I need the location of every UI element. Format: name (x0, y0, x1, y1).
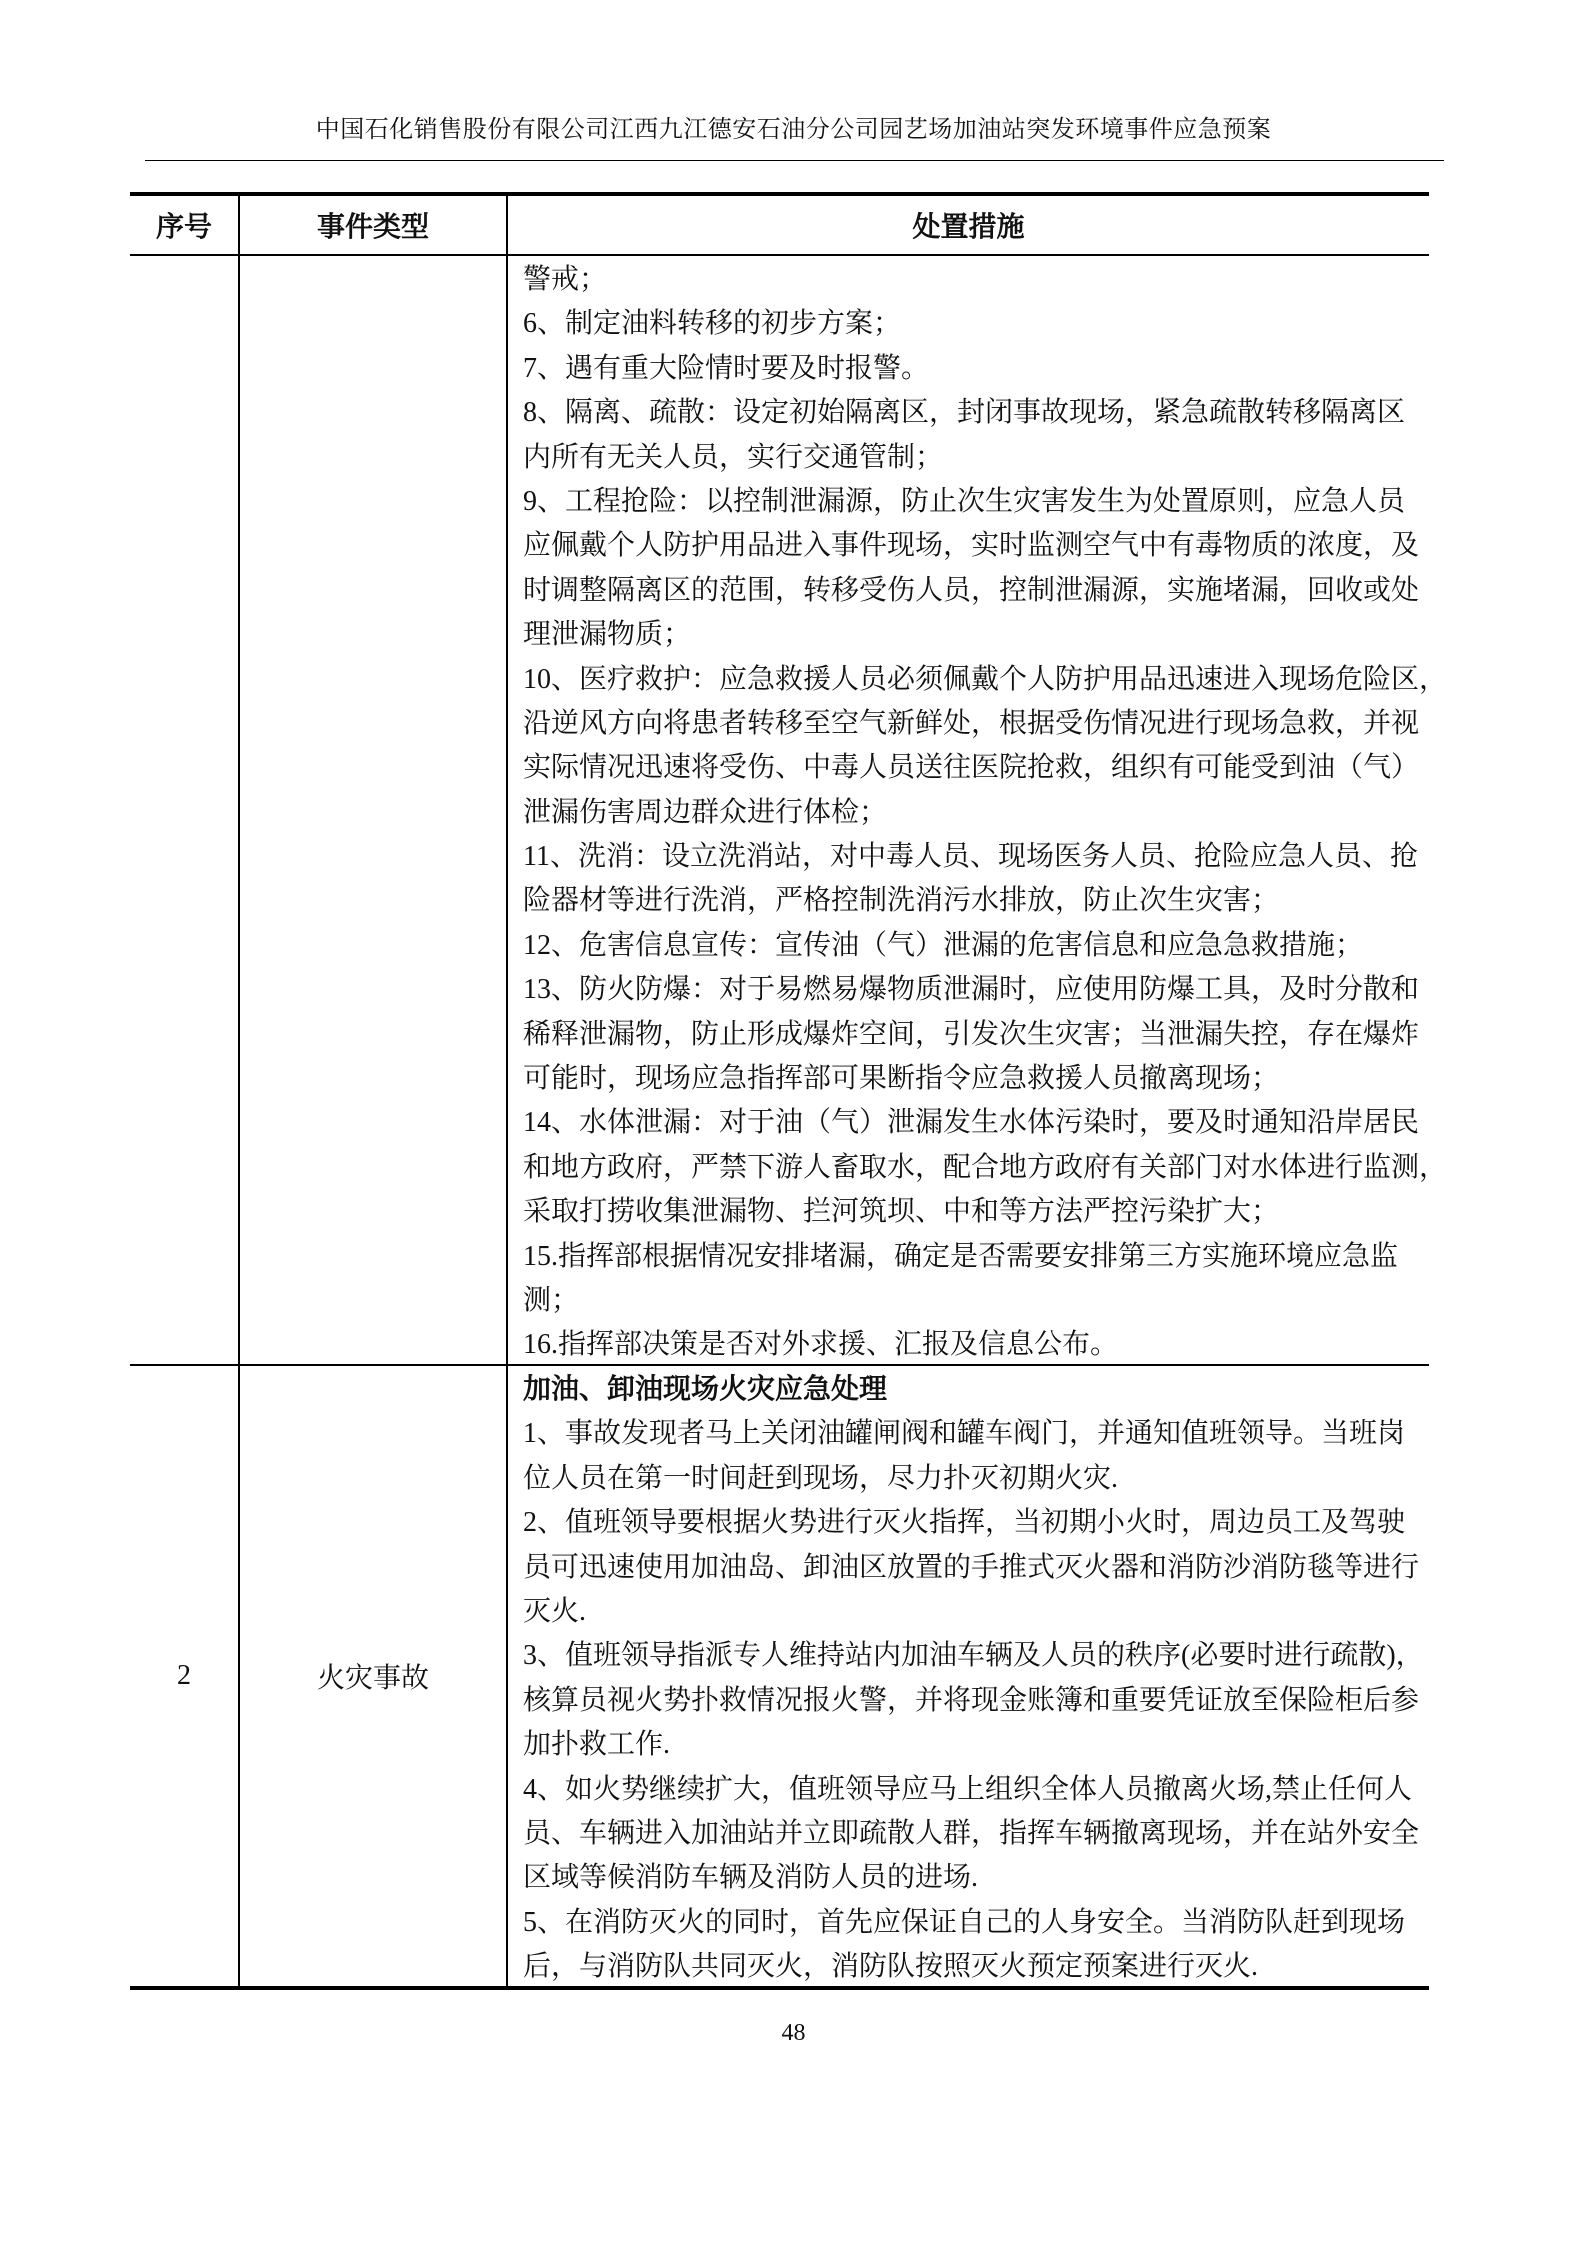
measure-line: 理泄漏物质； (523, 613, 1423, 657)
event-type-cell: 火灾事故 (240, 1366, 508, 1986)
measure-line: 核算员视火势扑救情况报火警，并将现金账簿和重要凭证放至保险柜后参 (523, 1679, 1423, 1723)
emergency-measures-table: 序号 事件类型 处置措施 警戒；6、制定油料转移的初步方案；7、遇有重大险情时要… (130, 192, 1429, 1990)
measure-line: 警戒； (523, 258, 1423, 302)
column-header-index: 序号 (130, 196, 240, 254)
measure-line: 加扑救工作. (523, 1723, 1423, 1767)
measure-line: 泄漏伤害周边群众进行体检； (523, 791, 1423, 835)
measure-line: 5、在消防灭火的同时，首先应保证自己的人身安全。当消防队赶到现场 (523, 1901, 1423, 1945)
measure-line: 位人员在第一时间赶到现场，尽力扑灭初期火灾. (523, 1457, 1423, 1501)
measure-line: 4、如火势继续扩大，值班领导应马上组织全体人员撤离火场,禁止任何人 (523, 1768, 1423, 1812)
row-index-cell: 2 (130, 1366, 240, 1986)
row-index-cell (130, 256, 240, 1364)
measure-line: 8、隔离、疏散：设定初始隔离区，封闭事故现场，紧急疏散转移隔离区 (523, 391, 1423, 435)
measure-line: 沿逆风方向将患者转移至空气新鲜处，根据受伤情况进行现场急救，并视 (523, 702, 1423, 746)
measure-line: 14、水体泄漏：对于油（气）泄漏发生水体污染时，要及时通知沿岸居民 (523, 1101, 1423, 1145)
measure-line: 时调整隔离区的范围，转移受伤人员，控制泄漏源，实施堵漏，回收或处 (523, 569, 1423, 613)
measure-line: 灭火. (523, 1590, 1423, 1634)
column-header-measures: 处置措施 (508, 196, 1429, 254)
measure-line: 险器材等进行洗消，严格控制洗消污水排放，防止次生灾害； (523, 879, 1423, 923)
measure-line: 1、事故发现者马上关闭油罐闸阀和罐车阀门，并通知值班领导。当班岗 (523, 1412, 1423, 1456)
column-header-event-type: 事件类型 (240, 196, 508, 254)
measure-line: 15.指挥部根据情况安排堵漏，确定是否需要安排第三方实施环境应急监 (523, 1235, 1423, 1279)
table-row: 警戒；6、制定油料转移的初步方案；7、遇有重大险情时要及时报警。8、隔离、疏散：… (130, 256, 1429, 1364)
measure-line: 10、医疗救护：应急救援人员必须佩戴个人防护用品迅速进入现场危险区， (523, 658, 1423, 702)
header-rule (145, 160, 1444, 161)
measure-line: 7、遇有重大险情时要及时报警。 (523, 347, 1423, 391)
measure-line: 12、危害信息宣传：宣传油（气）泄漏的危害信息和应急急救措施； (523, 924, 1423, 968)
page-number: 48 (0, 2018, 1587, 2048)
measures-cell: 警戒；6、制定油料转移的初步方案；7、遇有重大险情时要及时报警。8、隔离、疏散：… (508, 256, 1429, 1364)
running-header-title: 中国石化销售股份有限公司江西九江德安石油分公司园艺场加油站突发环境事件应急预案 (0, 114, 1587, 146)
measure-line: 稀释泄漏物，防止形成爆炸空间，引发次生灾害；当泄漏失控，存在爆炸 (523, 1013, 1423, 1057)
measure-line: 应佩戴个人防护用品进入事件现场，实时监测空气中有毒物质的浓度，及 (523, 524, 1423, 568)
table-header-row: 序号 事件类型 处置措施 (130, 196, 1429, 254)
measure-line: 采取打捞收集泄漏物、拦河筑坝、中和等方法严控污染扩大； (523, 1190, 1423, 1234)
measure-line: 测； (523, 1279, 1423, 1323)
measure-line: 3、值班领导指派专人维持站内加油车辆及人员的秩序(必要时进行疏散)， (523, 1634, 1423, 1678)
measure-line: 6、制定油料转移的初步方案； (523, 302, 1423, 346)
measure-line: 实际情况迅速将受伤、中毒人员送往医院抢救，组织有可能受到油（气） (523, 746, 1423, 790)
event-type-cell (240, 256, 508, 1364)
measures-cell: 加油、卸油现场火灾应急处理1、事故发现者马上关闭油罐闸阀和罐车阀门，并通知值班领… (508, 1366, 1429, 1986)
measures-heading: 加油、卸油现场火灾应急处理 (523, 1368, 1423, 1412)
measure-line: 可能时，现场应急指挥部可果断指令应急救援人员撤离现场； (523, 1057, 1423, 1101)
measure-line: 11、洗消：设立洗消站，对中毒人员、现场医务人员、抢险应急人员、抢 (523, 835, 1423, 879)
table-row: 2 火灾事故 加油、卸油现场火灾应急处理1、事故发现者马上关闭油罐闸阀和罐车阀门… (130, 1366, 1429, 1986)
measure-line: 和地方政府，严禁下游人畜取水，配合地方政府有关部门对水体进行监测， (523, 1146, 1423, 1190)
measure-line: 员可迅速使用加油岛、卸油区放置的手推式灭火器和消防沙消防毯等进行 (523, 1546, 1423, 1590)
measure-line: 后，与消防队共同灭火，消防队按照灭火预定预案进行灭火. (523, 1945, 1423, 1989)
measure-line: 16.指挥部决策是否对外求援、汇报及信息公布。 (523, 1323, 1423, 1367)
measure-line: 员、车辆进入加油站并立即疏散人群，指挥车辆撤离现场，并在站外安全 (523, 1812, 1423, 1856)
measure-line: 2、值班领导要根据火势进行灭火指挥，当初期小火时，周边员工及驾驶 (523, 1501, 1423, 1545)
measure-line: 13、防火防爆：对于易燃易爆物质泄漏时，应使用防爆工具，及时分散和 (523, 968, 1423, 1012)
measure-line: 9、工程抢险：以控制泄漏源，防止次生灾害发生为处置原则，应急人员 (523, 480, 1423, 524)
measure-line: 内所有无关人员，实行交通管制； (523, 436, 1423, 480)
measure-line: 区域等候消防车辆及消防人员的进场. (523, 1856, 1423, 1900)
